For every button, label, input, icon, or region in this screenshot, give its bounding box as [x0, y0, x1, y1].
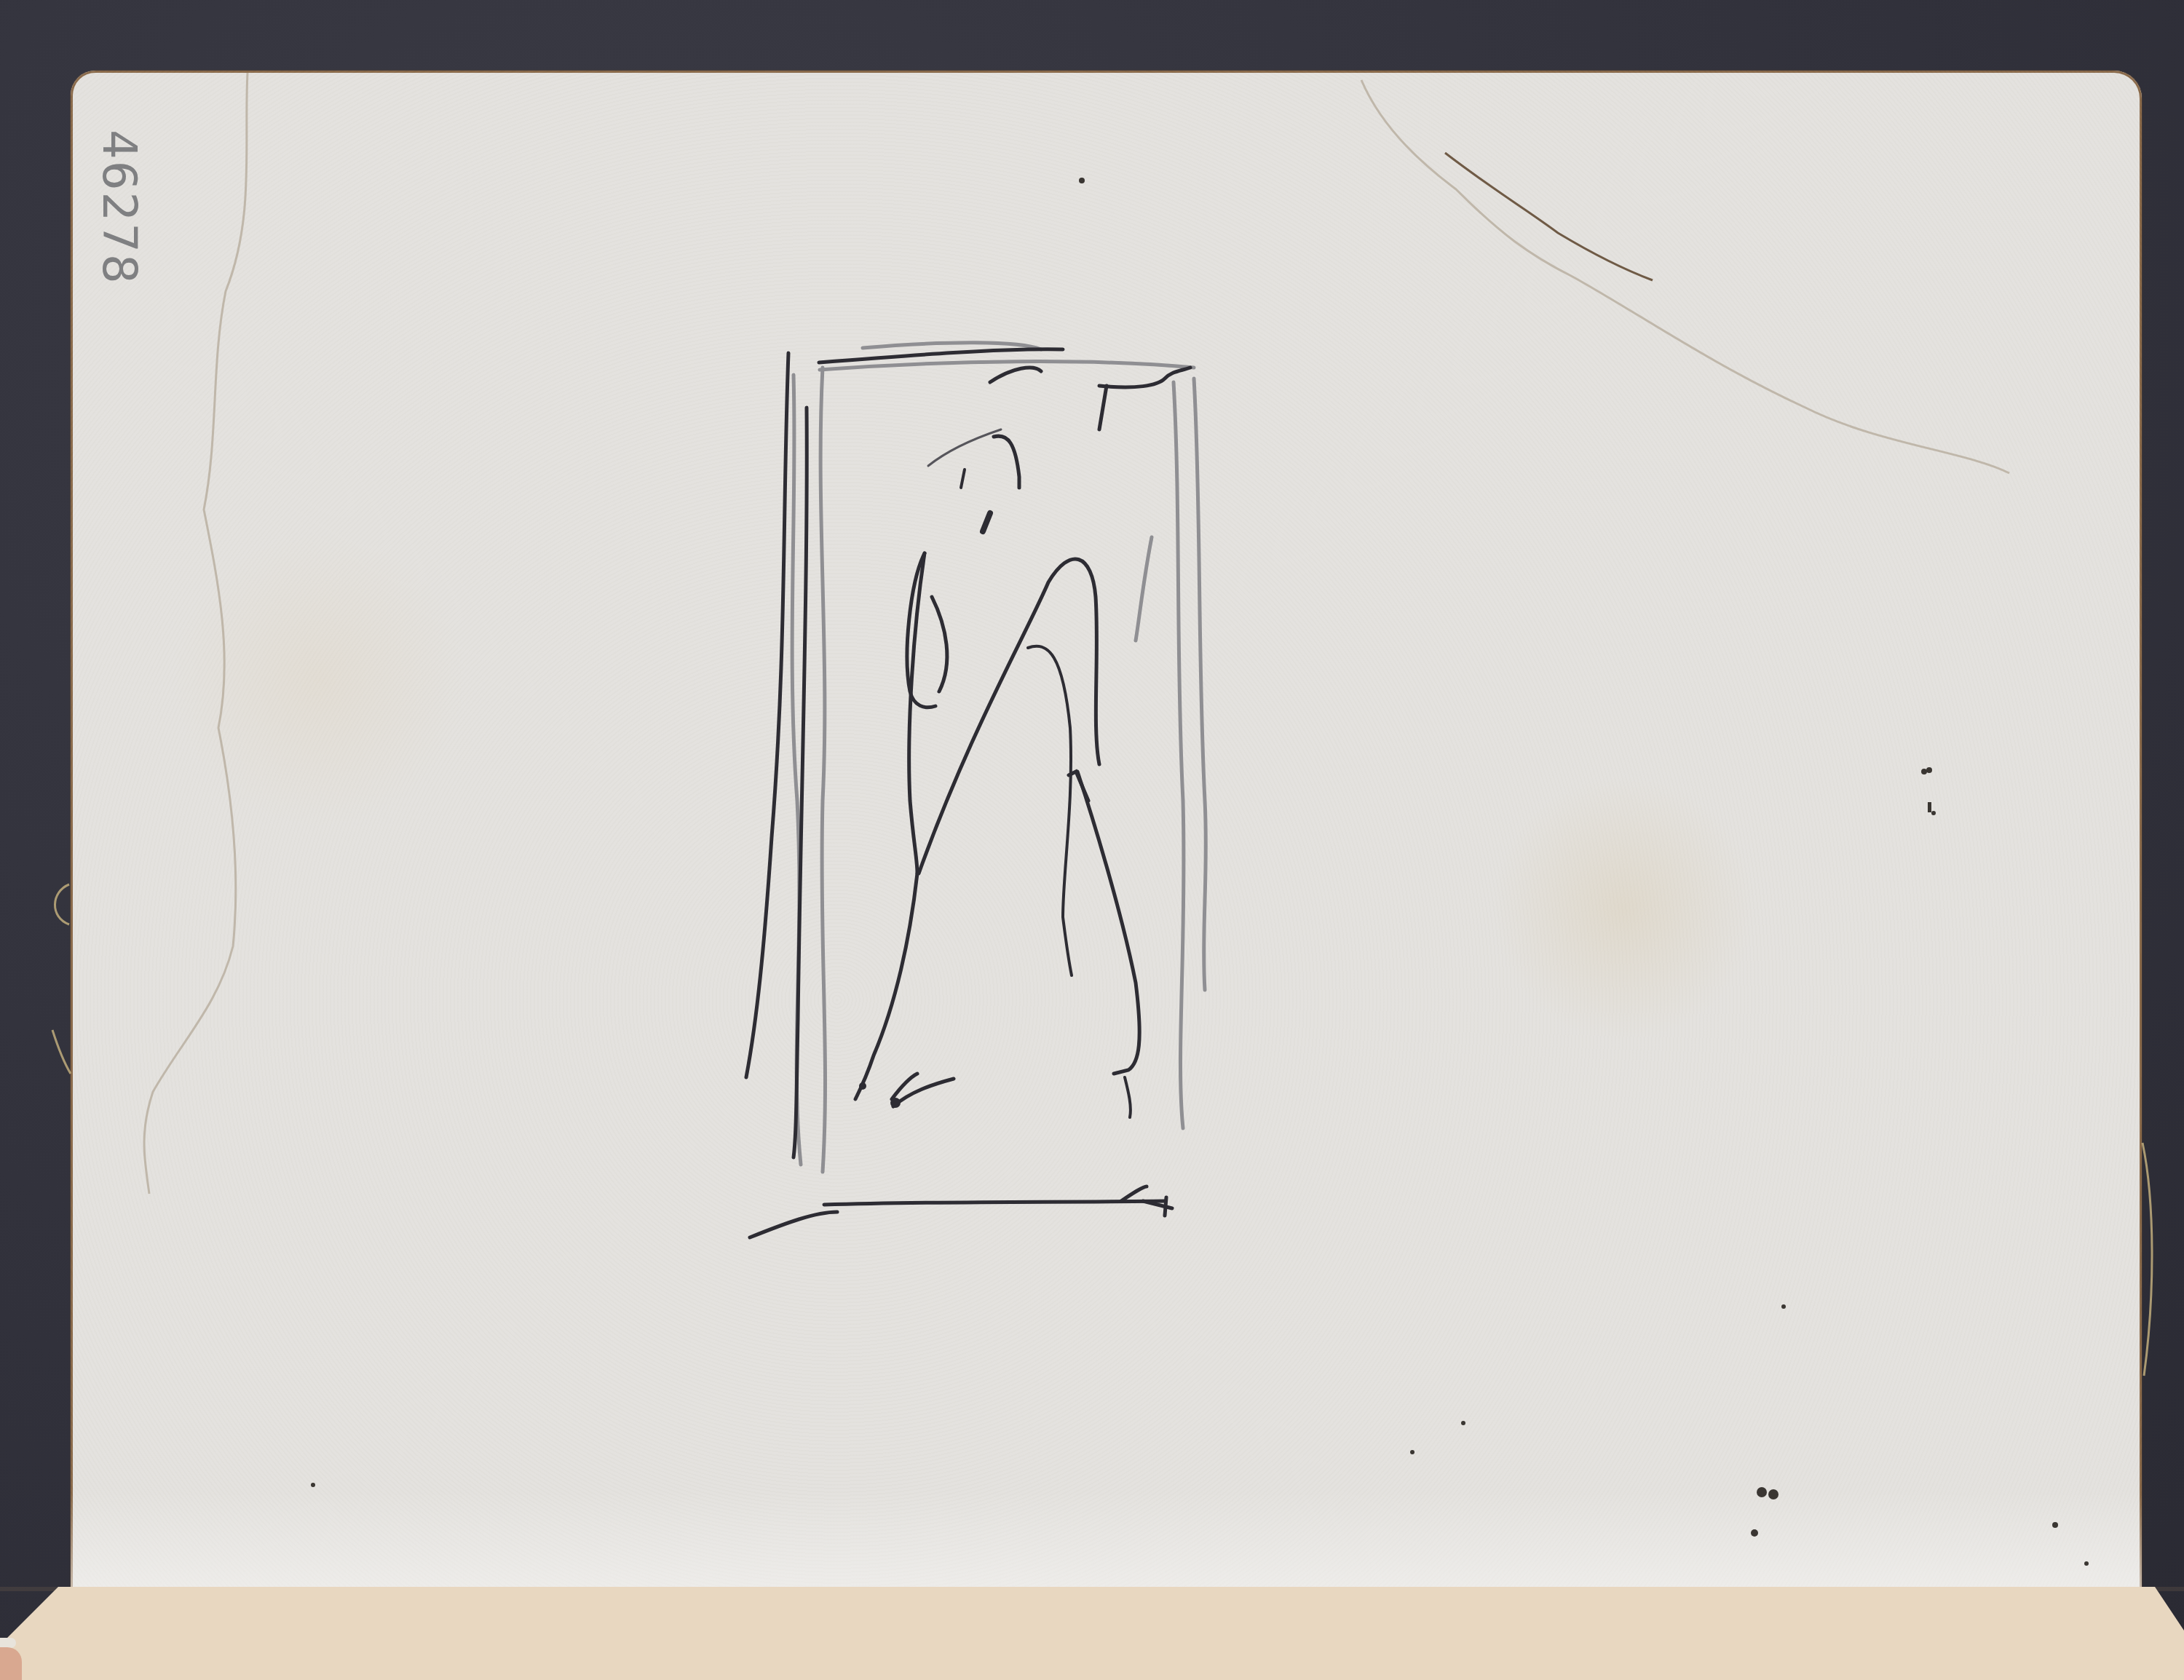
- paper-cracks: [144, 73, 2009, 1194]
- sketchbook-cover-edge: [0, 1587, 2184, 1680]
- holding-thumb: [0, 1647, 22, 1680]
- inventory-number: 46278: [92, 130, 146, 285]
- ink-figure: [746, 349, 1190, 1237]
- pencil-frame: [792, 343, 1206, 1172]
- crack-dark: [1445, 153, 1653, 280]
- fingernail: [0, 1638, 16, 1648]
- sketch-drawing: [0, 0, 2184, 1680]
- ink-specks: [311, 178, 2089, 1566]
- binding-threads: [52, 884, 2152, 1376]
